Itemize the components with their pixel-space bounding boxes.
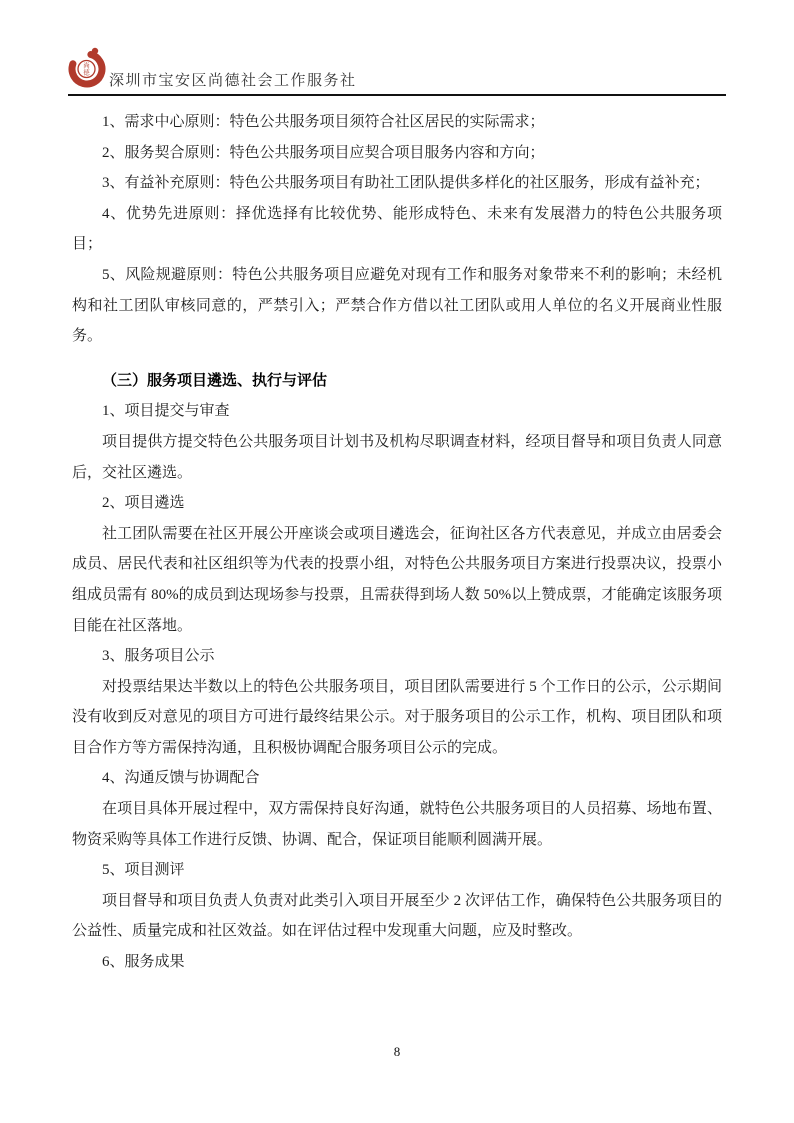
paragraph-project-submission: 项目提供方提交特色公共服务项目计划书及机构尽职调查材料，经项目督导和项目负责人同…	[72, 427, 722, 488]
page-header: 尚 德 深圳市宝安区尚德社会工作服务社	[68, 44, 726, 96]
section-heading: （三）服务项目遴选、执行与评估	[72, 366, 722, 397]
paragraph-principle-2: 2、服务契合原则：特色公共服务项目应契合项目服务内容和方向；	[72, 138, 722, 169]
paragraph-communication: 在项目具体开展过程中，双方需保持良好沟通，就特色公共服务项目的人员招募、场地布置…	[72, 794, 722, 855]
paragraph-project-evaluation: 项目督导和项目负责人负责对此类引入项目开展至少 2 次评估工作，确保特色公共服务…	[72, 886, 722, 947]
document-page: 尚 德 深圳市宝安区尚德社会工作服务社 1、需求中心原则：特色公共服务项目须符合…	[0, 0, 794, 1123]
paragraph-principle-3: 3、有益补充原则：特色公共服务项目有助社工团队提供多样化的社区服务，形成有益补充…	[72, 168, 722, 199]
page-footer: 8	[0, 1043, 794, 1061]
subheading-project-submission: 1、项目提交与审查	[72, 396, 722, 427]
logo-char-bottom: 德	[83, 68, 90, 77]
paragraph-project-publicity: 对投票结果达半数以上的特色公共服务项目，项目团队需要进行 5 个工作日的公示，公…	[72, 672, 722, 764]
subheading-service-results: 6、服务成果	[72, 947, 722, 978]
document-content: 1、需求中心原则：特色公共服务项目须符合社区居民的实际需求； 2、服务契合原则：…	[72, 107, 722, 978]
paragraph-principle-4: 4、优势先进原则：择优选择有比较优势、能形成特色、未来有发展潜力的特色公共服务项…	[72, 199, 722, 260]
subheading-project-selection: 2、项目遴选	[72, 488, 722, 519]
paragraph-project-selection: 社工团队需要在社区开展公开座谈会或项目遴选会，征询社区各方代表意见，并成立由居委…	[72, 519, 722, 641]
paragraph-principle-1: 1、需求中心原则：特色公共服务项目须符合社区居民的实际需求；	[72, 107, 722, 138]
subheading-communication: 4、沟通反馈与协调配合	[72, 763, 722, 794]
paragraph-principle-5: 5、风险规避原则：特色公共服务项目应避免对现有工作和服务对象带来不利的影响；未经…	[72, 260, 722, 352]
subheading-project-evaluation: 5、项目测评	[72, 855, 722, 886]
org-name: 深圳市宝安区尚德社会工作服务社	[109, 72, 357, 91]
org-logo-icon: 尚 德	[68, 44, 108, 91]
subheading-project-publicity: 3、服务项目公示	[72, 641, 722, 672]
page-number: 8	[394, 1044, 401, 1059]
logo-char-top: 尚	[83, 61, 90, 70]
